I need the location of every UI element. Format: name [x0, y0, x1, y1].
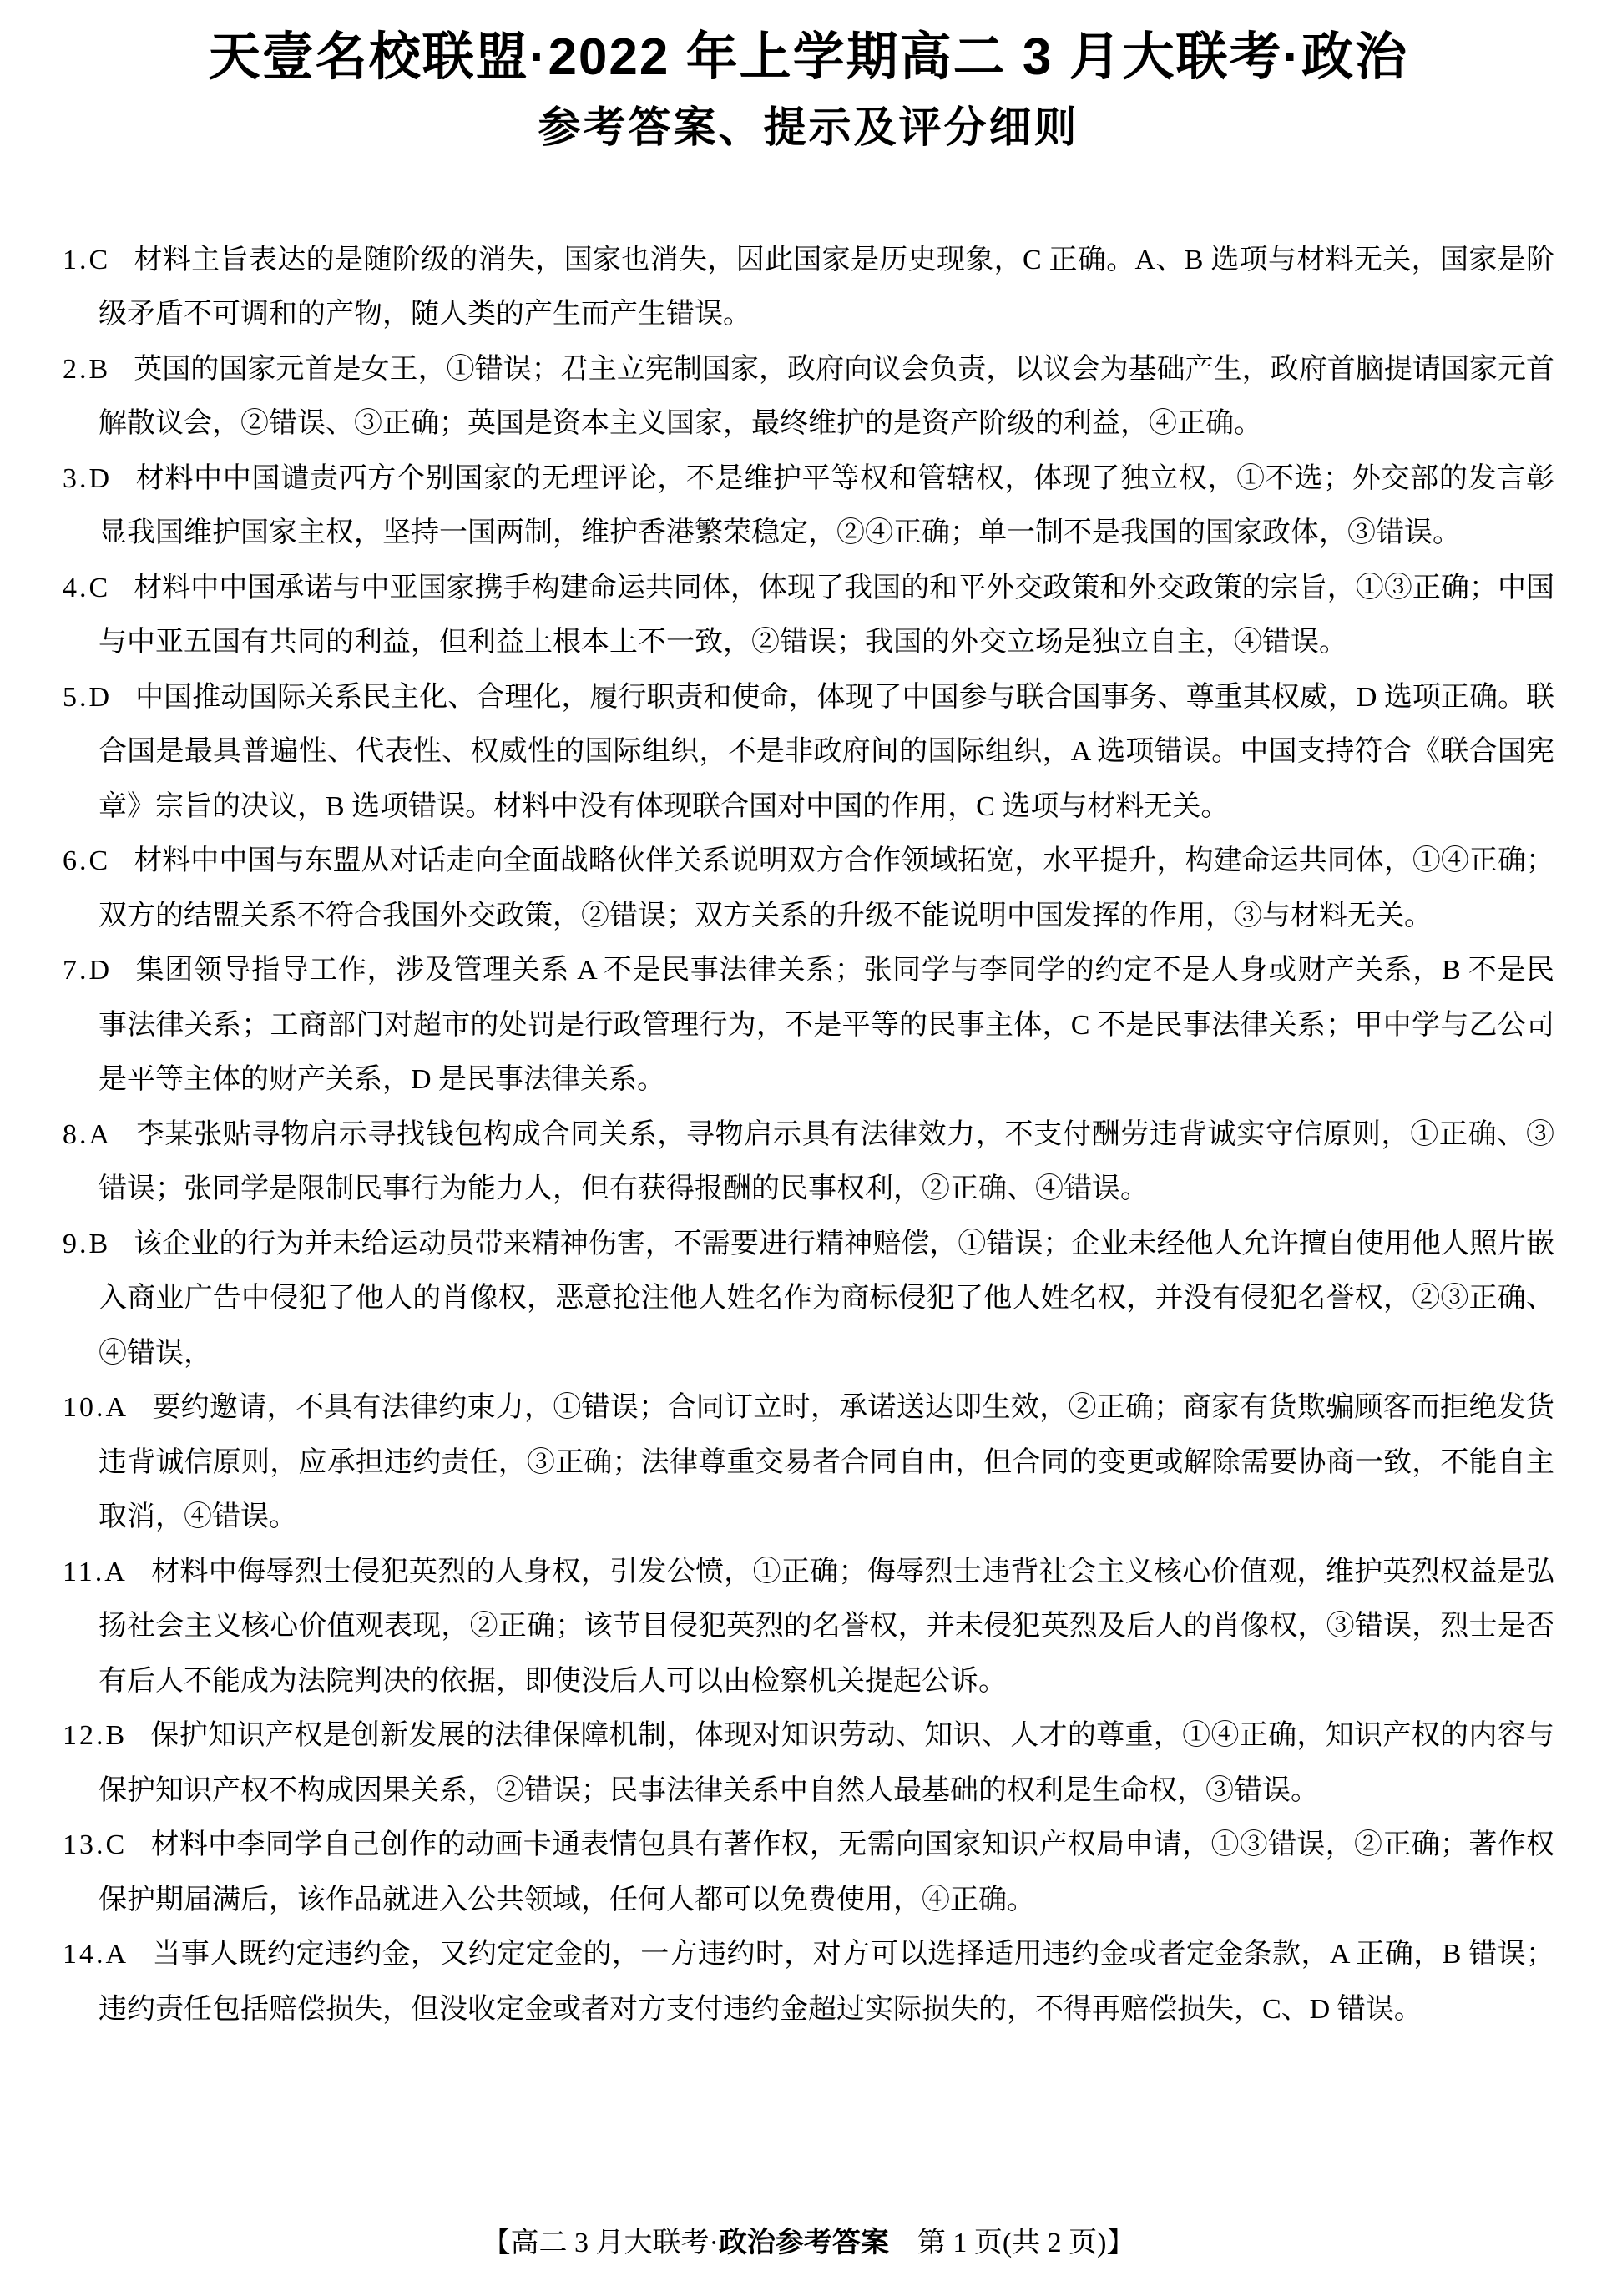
- answer-explanation: 英国的国家元首是女王，①错误；君主立宪制国家，政府向议会负责，以议会为基础产生，…: [99, 354, 1554, 440]
- answer-number: 1.C: [63, 245, 134, 275]
- answer-explanation: 材料中中国谴责西方个别国家的无理评论，不是维护平等权和管辖权，体现了独立权，①不…: [99, 463, 1554, 549]
- answer-explanation: 中国推动国际关系民主化、合理化，履行职责和使命，体现了中国参与联合国事务、尊重其…: [99, 682, 1554, 822]
- answer-number: 8.A: [63, 1119, 135, 1150]
- answer-item: 6.C材料中中国与东盟从对话走向全面战略伙伴关系说明双方合作领域拓宽，水平提升，…: [63, 834, 1554, 943]
- footer-page-number: 第 1 页(共 2 页)】: [917, 2228, 1135, 2258]
- answer-explanation: 材料主旨表达的是随阶级的消失，国家也消失，因此国家是历史现象，C 正确。A、B …: [99, 245, 1554, 331]
- page-subtitle: 参考答案、提示及评分细则: [0, 102, 1617, 153]
- answer-item: 10.A要约邀请，不具有法律约束力，①错误；合同订立时，承诺送达即生效，②正确；…: [63, 1380, 1554, 1545]
- answer-number: 5.D: [63, 682, 135, 713]
- answer-item: 14.A当事人既约定违约金，又约定定金的，一方违约时，对方可以选择适用违约金或者…: [63, 1927, 1554, 2036]
- page-footer: 【高二 3 月大联考·政治参考答案第 1 页(共 2 页)】: [0, 2226, 1617, 2261]
- answer-item: 2.B英国的国家元首是女王，①错误；君主立宪制国家，政府向议会负责，以议会为基础…: [63, 342, 1554, 452]
- answer-explanation: 保护知识产权是创新发展的法律保障机制，体现对知识劳动、知识、人才的尊重，①④正确…: [99, 1720, 1554, 1806]
- answer-explanation: 李某张贴寻物启示寻找钱包构成合同关系，寻物启示具有法律效力，不支付酬劳违背诚实守…: [99, 1119, 1554, 1205]
- answer-number: 11.A: [63, 1557, 151, 1587]
- answer-item: 11.A材料中侮辱烈士侵犯英烈的人身权，引发公愤，①正确；侮辱烈士违背社会主义核…: [63, 1545, 1554, 1709]
- answer-list: 1.C材料主旨表达的是随阶级的消失，国家也消失，因此国家是历史现象，C 正确。A…: [63, 233, 1554, 2037]
- answer-item: 8.A李某张贴寻物启示寻找钱包构成合同关系，寻物启示具有法律效力，不支付酬劳违背…: [63, 1108, 1554, 1217]
- answer-number: 10.A: [63, 1392, 152, 1423]
- answer-number: 3.D: [63, 463, 135, 494]
- answer-explanation: 材料中侮辱烈士侵犯英烈的人身权，引发公愤，①正确；侮辱烈士违背社会主义核心价值观…: [99, 1557, 1554, 1697]
- answer-number: 13.C: [63, 1829, 150, 1860]
- answer-explanation: 材料中中国承诺与中亚国家携手构建命运共同体，体现了我国的和平外交政策和外交政策的…: [99, 573, 1554, 659]
- answer-item: 3.D材料中中国谴责西方个别国家的无理评论，不是维护平等权和管辖权，体现了独立权…: [63, 452, 1554, 561]
- answer-item: 13.C材料中李同学自己创作的动画卡通表情包具有著作权，无需向国家知识产权局申请…: [63, 1818, 1554, 1927]
- answer-number: 4.C: [63, 573, 134, 603]
- answer-number: 7.D: [63, 955, 135, 986]
- answer-explanation: 该企业的行为并未给运动员带来精神伤害，不需要进行精神赔偿，①错误；企业未经他人允…: [99, 1229, 1554, 1369]
- answer-item: 1.C材料主旨表达的是随阶级的消失，国家也消失，因此国家是历史现象，C 正确。A…: [63, 233, 1554, 342]
- answer-item: 4.C材料中中国承诺与中亚国家携手构建命运共同体，体现了我国的和平外交政策和外交…: [63, 561, 1554, 670]
- answer-sheet-page: 天壹名校联盟·2022 年上学期高二 3 月大联考·政治 参考答案、提示及评分细…: [0, 0, 1617, 2296]
- footer-exam-label: 【高二 3 月大联考·: [483, 2228, 719, 2258]
- answer-number: 2.B: [63, 354, 134, 385]
- answer-number: 9.B: [63, 1229, 134, 1259]
- answer-item: 5.D中国推动国际关系民主化、合理化，履行职责和使命，体现了中国参与联合国事务、…: [63, 670, 1554, 835]
- answer-explanation: 材料中中国与东盟从对话走向全面战略伙伴关系说明双方合作领域拓宽，水平提升，构建命…: [99, 845, 1554, 931]
- footer-subject-label: 政治参考答案: [719, 2227, 889, 2258]
- answer-number: 12.B: [63, 1720, 150, 1751]
- answer-item: 7.D集团领导指导工作，涉及管理关系 A 不是民事法律关系；张同学与李同学的约定…: [63, 943, 1554, 1108]
- answer-explanation: 材料中李同学自己创作的动画卡通表情包具有著作权，无需向国家知识产权局申请，①③错…: [99, 1829, 1554, 1915]
- answer-number: 14.A: [63, 1939, 152, 1970]
- page-title: 天壹名校联盟·2022 年上学期高二 3 月大联考·政治: [0, 0, 1617, 90]
- answer-explanation: 集团领导指导工作，涉及管理关系 A 不是民事法律关系；张同学与李同学的约定不是人…: [99, 955, 1554, 1095]
- answer-number: 6.C: [63, 845, 134, 876]
- answer-item: 12.B保护知识产权是创新发展的法律保障机制，体现对知识劳动、知识、人才的尊重，…: [63, 1708, 1554, 1818]
- answer-item: 9.B该企业的行为并未给运动员带来精神伤害，不需要进行精神赔偿，①错误；企业未经…: [63, 1217, 1554, 1381]
- answer-explanation: 要约邀请，不具有法律约束力，①错误；合同订立时，承诺送达即生效，②正确；商家有货…: [99, 1392, 1554, 1532]
- answer-explanation: 当事人既约定违约金，又约定定金的，一方违约时，对方可以选择适用违约金或者定金条款…: [99, 1939, 1554, 2025]
